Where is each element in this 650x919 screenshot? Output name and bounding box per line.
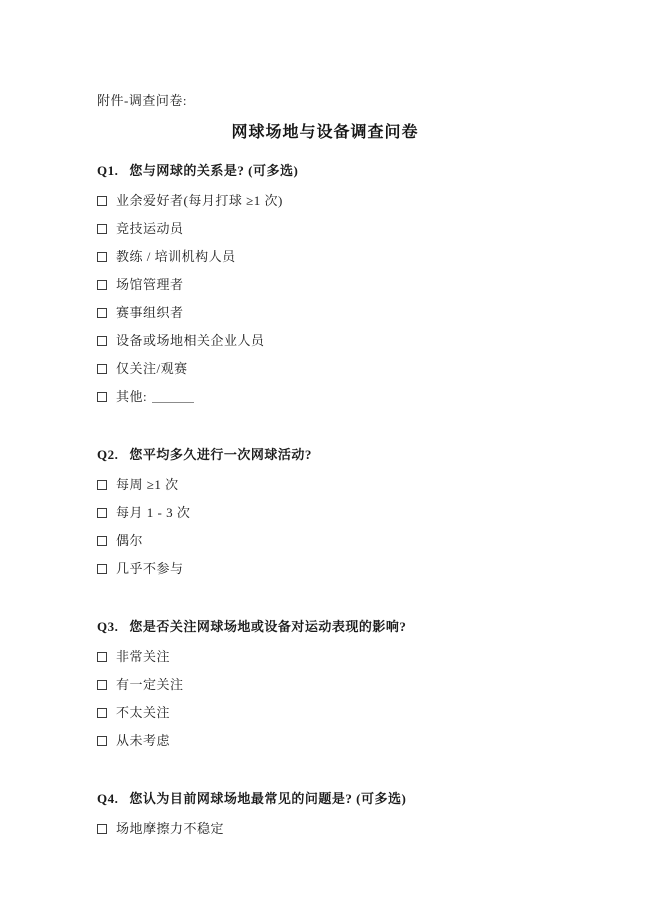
option-label: 其他: — [116, 389, 147, 404]
option-label: 场地摩擦力不稳定 — [116, 821, 224, 836]
option-label: 偶尔 — [116, 533, 143, 548]
option-row-other: 其他: — [97, 389, 553, 404]
question-number: Q4. — [97, 791, 118, 806]
option-label: 赛事组织者 — [116, 305, 184, 320]
question-text: 您认为目前网球场地最常见的问题是? (可多选) — [129, 791, 406, 806]
option-row: 从未考虑 — [97, 733, 553, 748]
question-heading: Q3. 您是否关注网球场地或设备对运动表现的影响? — [97, 619, 553, 634]
option-row: 几乎不参与 — [97, 561, 553, 576]
option-row: 有一定关注 — [97, 677, 553, 692]
option-row: 赛事组织者 — [97, 305, 553, 320]
option-label: 场馆管理者 — [116, 277, 184, 292]
question-heading: Q4. 您认为目前网球场地最常见的问题是? (可多选) — [97, 791, 553, 806]
checkbox-icon[interactable] — [97, 680, 107, 690]
option-label: 几乎不参与 — [116, 561, 184, 576]
attachment-label: 附件-调查问卷: — [97, 93, 553, 108]
option-label: 非常关注 — [116, 649, 170, 664]
option-label: 业余爱好者(每月打球 ≥1 次) — [116, 193, 283, 208]
option-label: 竞技运动员 — [116, 221, 184, 236]
checkbox-icon[interactable] — [97, 652, 107, 662]
checkbox-icon[interactable] — [97, 564, 107, 574]
question-block-q2: Q2. 您平均多久进行一次网球活动? 每周 ≥1 次 每月 1 - 3 次 偶尔… — [97, 447, 553, 576]
option-row: 偶尔 — [97, 533, 553, 548]
checkbox-icon[interactable] — [97, 196, 107, 206]
page-title: 网球场地与设备调查问卷 — [97, 123, 553, 143]
question-number: Q2. — [97, 447, 118, 462]
checkbox-icon[interactable] — [97, 336, 107, 346]
option-label: 每周 ≥1 次 — [116, 477, 179, 492]
option-row: 教练 / 培训机构人员 — [97, 249, 553, 264]
question-block-q3: Q3. 您是否关注网球场地或设备对运动表现的影响? 非常关注 有一定关注 不太关… — [97, 619, 553, 748]
option-label: 从未考虑 — [116, 733, 170, 748]
checkbox-icon[interactable] — [97, 536, 107, 546]
question-text: 您与网球的关系是? (可多选) — [129, 163, 298, 178]
question-number: Q1. — [97, 163, 118, 178]
question-heading: Q2. 您平均多久进行一次网球活动? — [97, 447, 553, 462]
checkbox-icon[interactable] — [97, 308, 107, 318]
question-number: Q3. — [97, 619, 118, 634]
option-row: 非常关注 — [97, 649, 553, 664]
option-row: 场地摩擦力不稳定 — [97, 821, 553, 836]
checkbox-icon[interactable] — [97, 508, 107, 518]
option-row: 竞技运动员 — [97, 221, 553, 236]
checkbox-icon[interactable] — [97, 824, 107, 834]
option-row: 仅关注/观赛 — [97, 361, 553, 376]
fill-in-blank[interactable] — [152, 391, 194, 403]
question-heading: Q1. 您与网球的关系是? (可多选) — [97, 163, 553, 178]
checkbox-icon[interactable] — [97, 480, 107, 490]
option-row: 设备或场地相关企业人员 — [97, 333, 553, 348]
option-label: 每月 1 - 3 次 — [116, 505, 190, 520]
question-text: 您平均多久进行一次网球活动? — [129, 447, 312, 462]
checkbox-icon[interactable] — [97, 708, 107, 718]
checkbox-icon[interactable] — [97, 280, 107, 290]
checkbox-icon[interactable] — [97, 252, 107, 262]
option-label: 设备或场地相关企业人员 — [116, 333, 265, 348]
option-row: 每月 1 - 3 次 — [97, 505, 553, 520]
questionnaire-page: 附件-调查问卷: 网球场地与设备调查问卷 Q1. 您与网球的关系是? (可多选)… — [0, 0, 650, 919]
option-row: 不太关注 — [97, 705, 553, 720]
option-label: 不太关注 — [116, 705, 170, 720]
checkbox-icon[interactable] — [97, 392, 107, 402]
question-block-q4: Q4. 您认为目前网球场地最常见的问题是? (可多选) 场地摩擦力不稳定 — [97, 791, 553, 836]
checkbox-icon[interactable] — [97, 364, 107, 374]
option-label: 有一定关注 — [116, 677, 184, 692]
option-row: 场馆管理者 — [97, 277, 553, 292]
option-label: 教练 / 培训机构人员 — [116, 249, 236, 264]
option-row: 每周 ≥1 次 — [97, 477, 553, 492]
option-row: 业余爱好者(每月打球 ≥1 次) — [97, 193, 553, 208]
question-text: 您是否关注网球场地或设备对运动表现的影响? — [129, 619, 406, 634]
question-block-q1: Q1. 您与网球的关系是? (可多选) 业余爱好者(每月打球 ≥1 次) 竞技运… — [97, 163, 553, 404]
checkbox-icon[interactable] — [97, 224, 107, 234]
option-label: 仅关注/观赛 — [116, 361, 188, 376]
checkbox-icon[interactable] — [97, 736, 107, 746]
